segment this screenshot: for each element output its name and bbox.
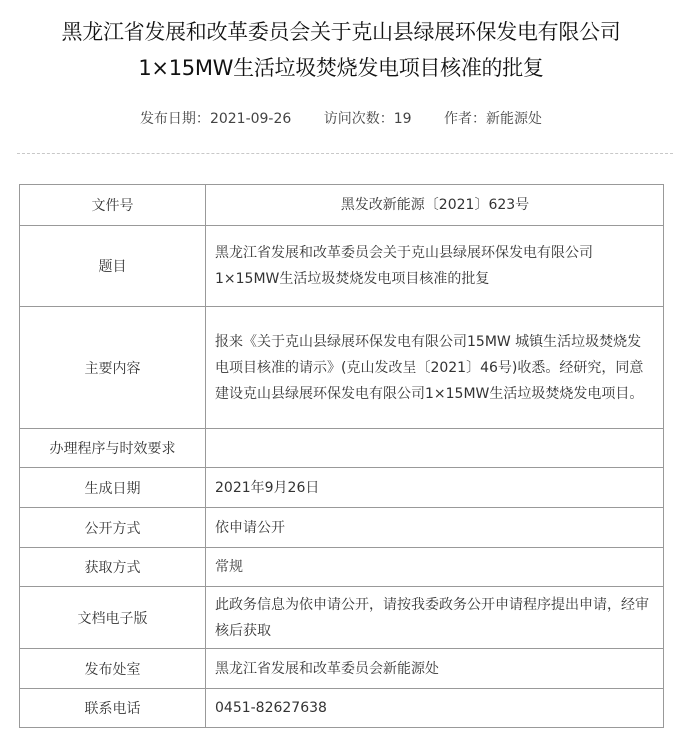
row-label: 主要内容 xyxy=(20,307,206,429)
row-value: 此政务信息为依申请公开，请按我委政务公开申请程序提出申请，经审核后获取 xyxy=(206,587,664,649)
row-value: 2021年9月26日 xyxy=(206,468,664,508)
visit-count-value: 19 xyxy=(394,111,412,127)
row-value: 依申请公开 xyxy=(206,508,664,548)
article-meta: 发布日期：2021-09-26 访问次数：19 作者：新能源处 xyxy=(0,108,682,130)
visit-count-label: 访问次数： xyxy=(324,111,394,127)
row-label: 题目 xyxy=(20,226,206,307)
row-label: 生成日期 xyxy=(20,468,206,508)
row-value xyxy=(206,429,664,468)
author-value: 新能源处 xyxy=(486,111,542,127)
author: 作者：新能源处 xyxy=(444,108,542,130)
row-label: 办理程序与时效要求 xyxy=(20,429,206,468)
row-value: 黑发改新能源〔2021〕623号 xyxy=(206,185,664,226)
page-title: 黑龙江省发展和改革委员会关于克山县绿展环保发电有限公司 1×15MW生活垃圾焚烧… xyxy=(0,14,682,86)
table-row-procedure: 办理程序与时效要求 xyxy=(20,429,664,468)
row-label: 获取方式 xyxy=(20,548,206,587)
table-row-disclosure-method: 公开方式 依申请公开 xyxy=(20,508,664,548)
table-row-electronic-version: 文档电子版 此政务信息为依申请公开，请按我委政务公开申请程序提出申请，经审核后获… xyxy=(20,587,664,649)
row-value: 常规 xyxy=(206,548,664,587)
table-row-generated-date: 生成日期 2021年9月26日 xyxy=(20,468,664,508)
publish-date-label: 发布日期： xyxy=(140,111,210,127)
row-value: 黑龙江省发展和改革委员会新能源处 xyxy=(206,649,664,689)
visit-count: 访问次数：19 xyxy=(324,108,412,130)
row-label: 文件号 xyxy=(20,185,206,226)
row-label: 公开方式 xyxy=(20,508,206,548)
publish-date: 发布日期：2021-09-26 xyxy=(140,108,291,130)
row-value: 黑龙江省发展和改革委员会关于克山县绿展环保发电有限公司1×15MW生活垃圾焚烧发… xyxy=(206,226,664,307)
publish-date-value: 2021-09-26 xyxy=(210,111,291,127)
table-row-issuing-office: 发布处室 黑龙江省发展和改革委员会新能源处 xyxy=(20,649,664,689)
row-label: 发布处室 xyxy=(20,649,206,689)
table-row-subject: 题目 黑龙江省发展和改革委员会关于克山县绿展环保发电有限公司1×15MW生活垃圾… xyxy=(20,226,664,307)
page-title-line-1: 黑龙江省发展和改革委员会关于克山县绿展环保发电有限公司 xyxy=(0,14,682,50)
table-row-access-method: 获取方式 常规 xyxy=(20,548,664,587)
row-label: 文档电子版 xyxy=(20,587,206,649)
page-title-line-2: 1×15MW生活垃圾焚烧发电项目核准的批复 xyxy=(0,50,682,86)
author-label: 作者： xyxy=(444,111,486,127)
table-row-file-number: 文件号 黑发改新能源〔2021〕623号 xyxy=(20,185,664,226)
row-value: 0451-82627638 xyxy=(206,689,664,728)
row-label: 联系电话 xyxy=(20,689,206,728)
table-row-main-content: 主要内容 报来《关于克山县绿展环保发电有限公司15MW 城镇生活垃圾焚烧发电项目… xyxy=(20,307,664,429)
table-row-contact-phone: 联系电话 0451-82627638 xyxy=(20,689,664,728)
dotted-divider xyxy=(17,153,673,154)
row-value: 报来《关于克山县绿展环保发电有限公司15MW 城镇生活垃圾焚烧发电项目核准的请示… xyxy=(206,307,664,429)
document-info-table: 文件号 黑发改新能源〔2021〕623号 题目 黑龙江省发展和改革委员会关于克山… xyxy=(19,184,664,728)
